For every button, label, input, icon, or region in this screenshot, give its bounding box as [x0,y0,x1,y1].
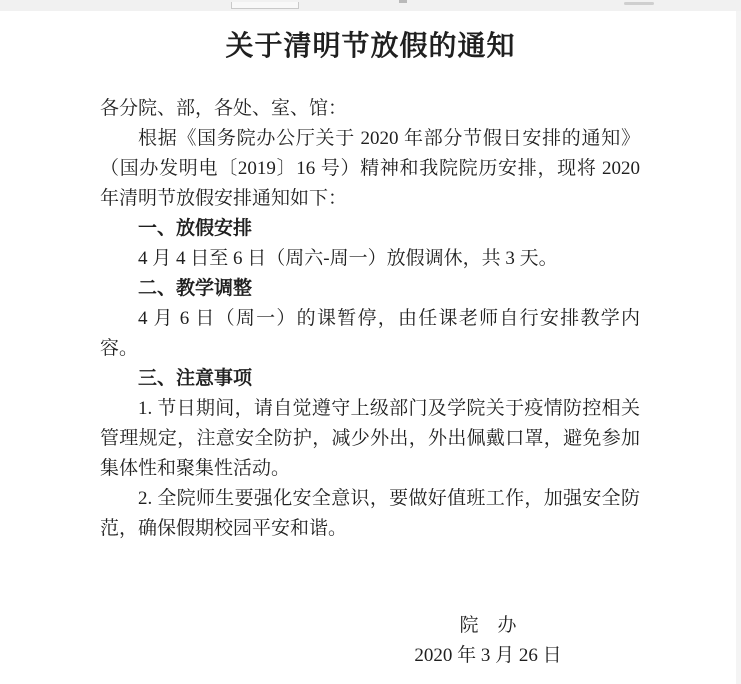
signature: 院 办 [388,611,588,641]
document-title: 关于清明节放假的通知 [0,30,741,64]
notes-item-2: 2. 全院师生要强化安全意识，要做好值班工作，加强安全防范，确保假期校园平安和谐… [100,484,640,544]
toolbar-fragment-dash [399,0,407,3]
intro-paragraph: 根据《国务院办公厅关于 2020 年部分节假日安排的通知》（国办发明电〔2019… [100,124,640,214]
toolbar-fragment-bar [624,2,654,5]
toolbar-remnant [0,0,741,11]
document-page: 关于清明节放假的通知 各分院、部，各处、室、馆： 根据《国务院办公厅关于 202… [0,30,741,671]
signature-block: 院 办 2020 年 3 月 26 日 [388,611,588,671]
teaching-adjustment-paragraph: 4 月 6 日（周一）的课暂停，由任课老师自行安排教学内容。 [100,304,640,364]
salutation: 各分院、部，各处、室、馆： [100,94,640,124]
holiday-arrangement-paragraph: 4 月 4 日至 6 日（周六-周一）放假调休，共 3 天。 [100,244,640,274]
document-body: 各分院、部，各处、室、馆： 根据《国务院办公厅关于 2020 年部分节假日安排的… [100,94,640,671]
section-heading-teaching-adjustment: 二、教学调整 [100,274,640,304]
toolbar-fragment-box [231,2,299,9]
section-heading-holiday-arrangement: 一、放假安排 [100,214,640,244]
notes-item-1: 1. 节日期间，请自觉遵守上级部门及学院关于疫情防控相关管理规定，注意安全防护，… [100,394,640,484]
section-heading-notes: 三、注意事项 [100,364,640,394]
document-date: 2020 年 3 月 26 日 [388,641,588,671]
